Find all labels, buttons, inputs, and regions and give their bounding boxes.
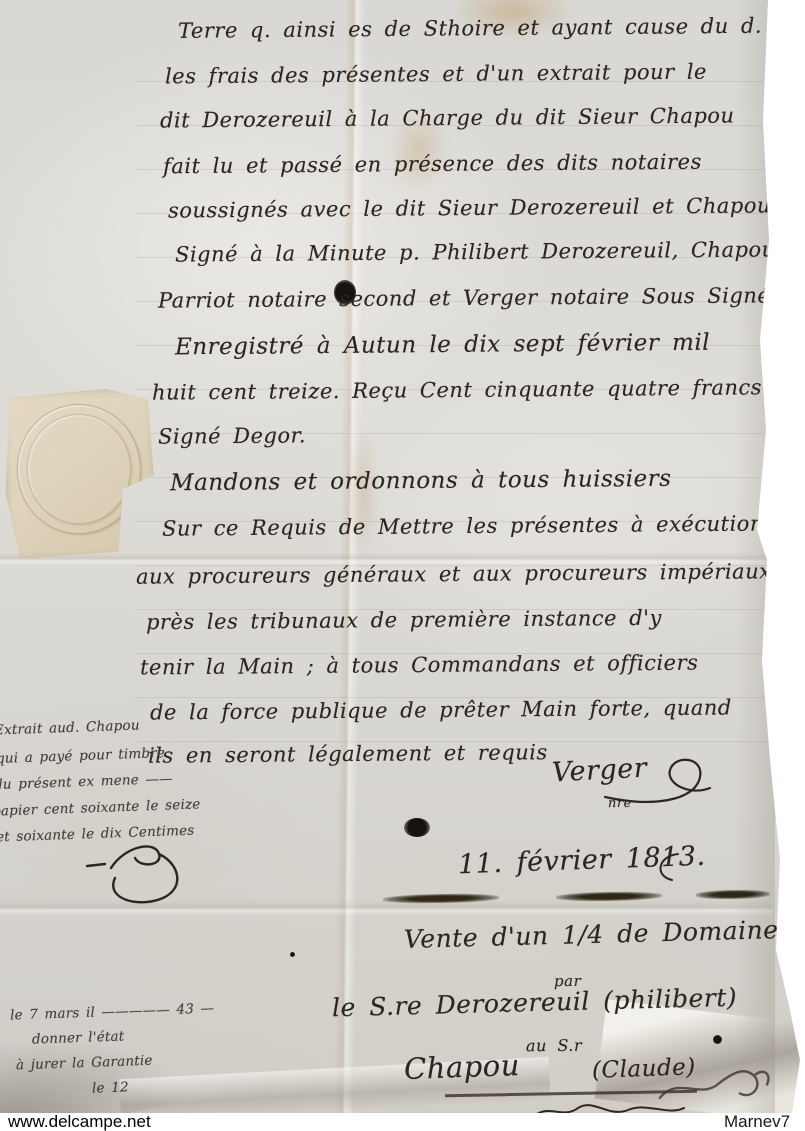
margin-note-line: papier cent soixante le seize (0, 796, 201, 819)
ink-blot (404, 818, 430, 837)
manuscript-line: tenir la Main ; à tous Commandans et off… (140, 651, 699, 680)
manuscript-line: ils en seront légalement et requis (148, 740, 548, 767)
margin-note-line: qui a payé pour timbre (0, 745, 165, 767)
manuscript-line: Signé Degor. (158, 423, 306, 448)
sale-to-label: au S.r (526, 1036, 582, 1055)
bottom-note-line: le 12 (92, 1079, 129, 1096)
ink-underline-dash (383, 893, 499, 904)
seller-name: le S.re Derozereuil (philibert) (332, 983, 738, 1023)
manuscript-line: Parriot notaire second et Verger notaire… (158, 283, 771, 312)
paper-edge-shading (735, 0, 775, 1113)
watermark-site-text: www.delcampe.net (8, 1112, 151, 1131)
buyer-name: Chapou (403, 1048, 520, 1086)
bottom-note-line: donner l'état (32, 1028, 125, 1047)
watermark-seller-text: Marnev7 (724, 1112, 790, 1131)
tan-stain (348, 430, 378, 560)
manuscript-line: huit cent treize. Reçu Cent cinquante qu… (152, 375, 762, 404)
manuscript-line: Enregistré à Autun le dix sept février m… (175, 330, 710, 361)
margin-paraph-flourish (85, 838, 195, 908)
scanned-document-photo: Terre q. ainsi es de Sthoire et ayant ca… (0, 0, 805, 1131)
manuscript-line: aux procureurs généraux et aux procureur… (136, 559, 772, 589)
manuscript-line: Terre q. ainsi es de Sthoire et ayant ca… (178, 13, 805, 43)
manuscript-line: Sur ce Requis de Mettre les présentes à … (162, 511, 784, 540)
ink-speck (290, 952, 295, 957)
ink-underline-dash (696, 889, 770, 899)
manuscript-line: Mandons et ordonnons à tous huissiers (170, 466, 672, 496)
bottom-note-line: à jurer la Garantie (16, 1053, 153, 1074)
manuscript-paper: Terre q. ainsi es de Sthoire et ayant ca… (0, 0, 805, 1113)
signature-flourish (600, 752, 720, 812)
manuscript-line: les frais des présentes et d'un extrait … (165, 60, 707, 89)
bottom-note-line: le 7 mars il ————— 43 — (10, 1000, 215, 1023)
manuscript-line: dit Derozereuil à la Charge du dit Sieur… (160, 103, 735, 132)
manuscript-line: soussignés avec le dit Sieur Derozereuil… (168, 193, 771, 222)
manuscript-line: près les tribunaux de première instance … (146, 606, 662, 635)
margin-note-line: Extrait aud. Chapou (0, 717, 140, 738)
date-flourish (648, 850, 688, 884)
embossed-wafer-seal (2, 387, 158, 560)
manuscript-line: fait lu et passé en présence des dits no… (163, 150, 702, 179)
ink-speck (713, 1035, 722, 1044)
sale-title: Vente d'un 1/4 de Domaine (404, 915, 779, 954)
manuscript-line: Signé à la Minute p. Philibert Derozereu… (175, 237, 776, 266)
margin-note-line: du présent ex mene —— (0, 771, 173, 793)
manuscript-line: de la force publique de prêter Main fort… (150, 695, 732, 724)
ink-underline-dash (556, 891, 662, 902)
